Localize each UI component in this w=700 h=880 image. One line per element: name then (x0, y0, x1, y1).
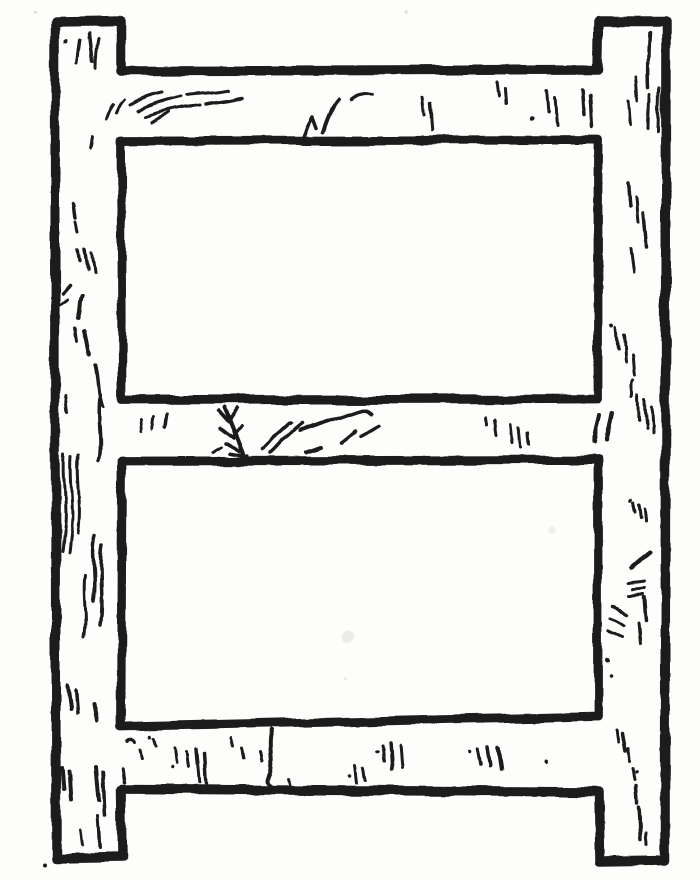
drawing-root (34, 10, 667, 866)
illustration-page (0, 0, 700, 880)
ladder-frame-drawing (0, 0, 700, 880)
